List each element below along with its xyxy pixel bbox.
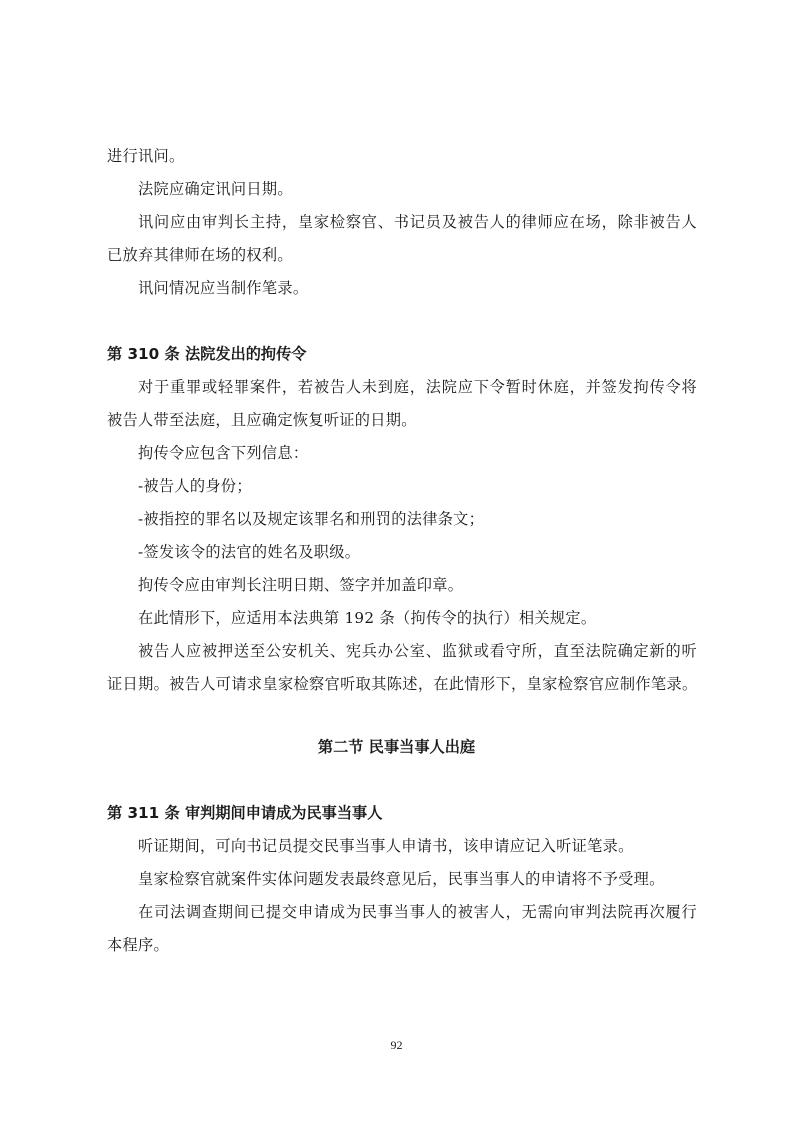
body-line: 被告人带至法庭，且应确定恢复听证的日期。 <box>107 410 697 430</box>
body-paragraph: 对于重罪或轻罪案件，若被告人未到庭，法院应下令暂时休庭，并签发拘传令将 <box>138 377 697 397</box>
body-paragraph: 在此情形下，应适用本法典第 192 条（拘传令的执行）相关规定。 <box>138 608 728 628</box>
body-paragraph: 法院应确定讯问日期。 <box>138 179 728 199</box>
page-number: 92 <box>0 1038 793 1053</box>
list-item: -被告人的身份； <box>138 476 728 496</box>
body-paragraph: 讯问情况应当制作笔录。 <box>138 278 728 298</box>
body-paragraph: 在司法调查期间已提交申请成为民事当事人的被害人，无需向审判法院再次履行 <box>138 902 697 922</box>
body-paragraph: 讯问应由审判长主持，皇家检察官、书记员及被告人的律师应在场，除非被告人 <box>138 212 697 232</box>
body-line: 进行讯问。 <box>107 146 697 166</box>
document-page: 进行讯问。 法院应确定讯问日期。 讯问应由审判长主持，皇家检察官、书记员及被告人… <box>0 0 793 1122</box>
body-line: 本程序。 <box>107 935 697 955</box>
body-paragraph: 拘传令应包含下列信息： <box>138 443 728 463</box>
list-item: -签发该令的法官的姓名及职级。 <box>138 542 728 562</box>
article-311-heading: 第 311 条 审判期间申请成为民事当事人 <box>107 803 697 823</box>
body-paragraph: 被告人应被押送至公安机关、宪兵办公室、监狱或看守所，直至法院确定新的听 <box>138 641 697 661</box>
body-paragraph: 听证期间，可向书记员提交民事当事人申请书，该申请应记入听证笔录。 <box>138 836 728 856</box>
body-paragraph: 拘传令应由审判长注明日期、签字并加盖印章。 <box>138 575 728 595</box>
article-310-heading: 第 310 条 法院发出的拘传令 <box>107 344 697 364</box>
body-paragraph: 皇家检察官就案件实体问题发表最终意见后，民事当事人的申请将不予受理。 <box>138 869 728 889</box>
body-line: 证日期。被告人可请求皇家检察官听取其陈述，在此情形下，皇家检察官应制作笔录。 <box>107 674 697 694</box>
body-line: 已放弃其律师在场的权利。 <box>107 245 697 265</box>
list-item: -被指控的罪名以及规定该罪名和刑罚的法律条文； <box>138 509 728 529</box>
section-title: 第二节 民事当事人出庭 <box>0 737 793 757</box>
